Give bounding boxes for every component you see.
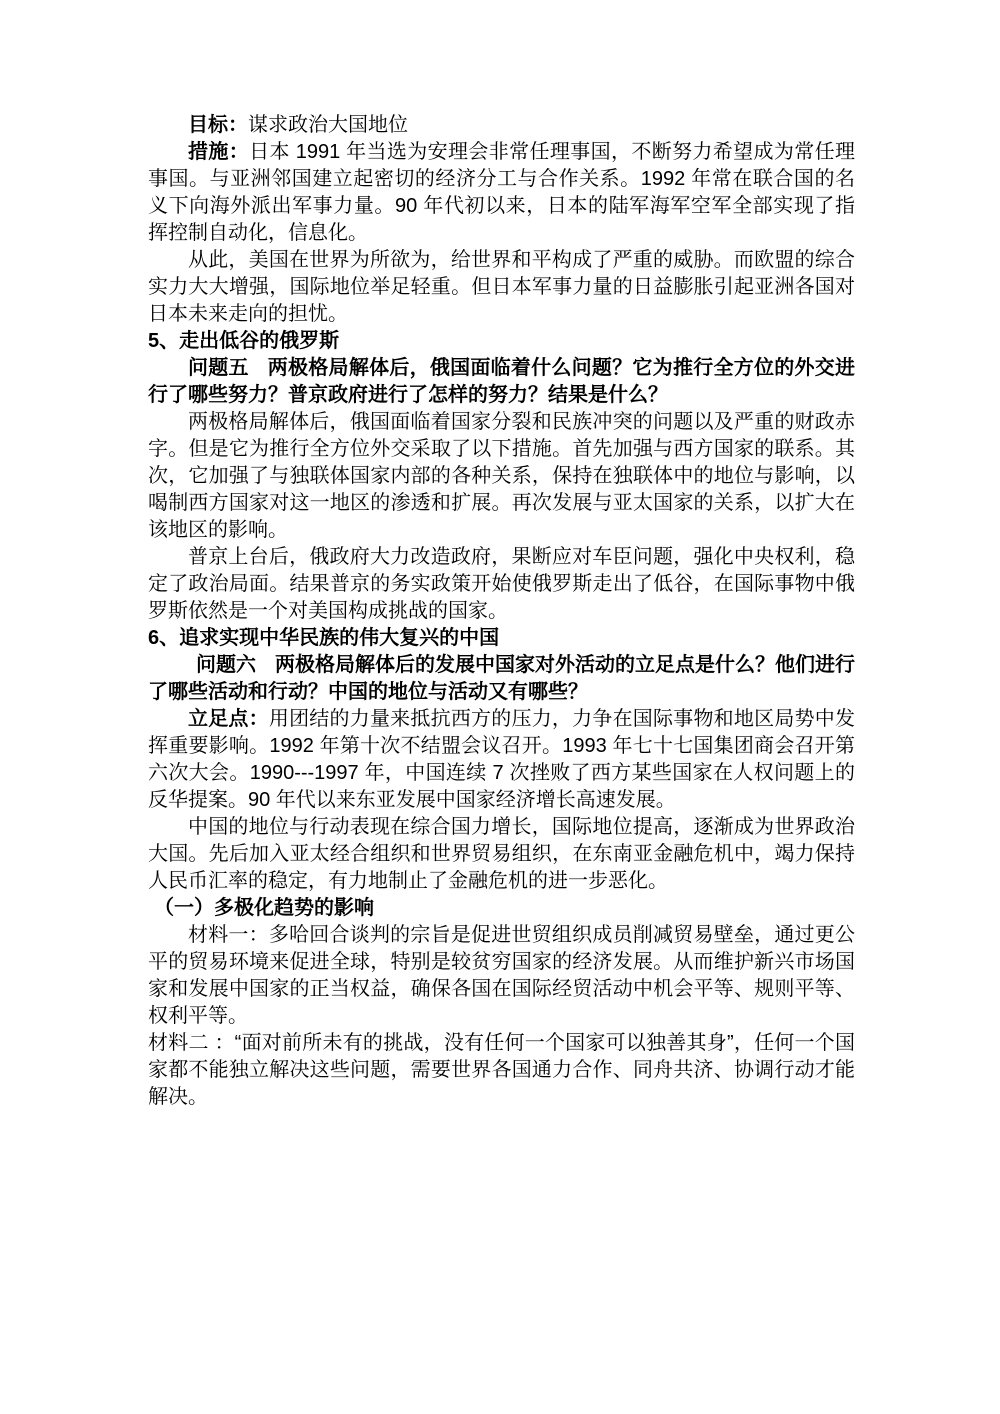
section-heading-6: 6、追求实现中华民族的伟大复兴的中国 (148, 625, 855, 652)
paragraph-us-eu-japan: 从此，美国在世界为所欲为，给世界和平构成了严重的威胁。而欧盟的综合实力大大增强，… (148, 247, 855, 328)
paragraph-label: 立足点： (188, 708, 269, 730)
question-label: 问题五 (188, 357, 249, 379)
paragraph-measures: 措施：日本 1991 年当选为安理会非常任理事国，不断努力希望成为常任理事国。与… (148, 139, 855, 247)
paragraph-text: 材料二 ：“面对前所未有的挑战，没有任何一个国家可以独善其身”，任何一个国家都不… (148, 1032, 855, 1108)
subsection-heading-influence: （一）多极化趋势的影响 (148, 895, 855, 922)
paragraph-text: 谋求政治大国地位 (248, 114, 408, 136)
heading-text: 6、追求实现中华民族的伟大复兴的中国 (148, 627, 499, 649)
paragraph-material-2: 材料二 ：“面对前所未有的挑战，没有任何一个国家可以独善其身”，任何一个国家都不… (148, 1030, 855, 1111)
section-heading-5: 5、走出低谷的俄罗斯 (148, 328, 855, 355)
paragraph-goal: 目标：谋求政治大国地位 (148, 112, 855, 139)
heading-text: 5、走出低谷的俄罗斯 (148, 330, 339, 352)
paragraph-putin: 普京上台后，俄政府大力改造政府，果断应对车臣问题，强化中央权利，稳定了政治局面。… (148, 544, 855, 625)
paragraph-text: 从此，美国在世界为所欲为，给世界和平构成了严重的威胁。而欧盟的综合实力大大增强，… (148, 249, 855, 325)
paragraph-question-6: 问题六两极格局解体后的发展中国家对外活动的立足点是什么？他们进行了哪些活动和行动… (148, 652, 855, 706)
paragraph-text: 普京上台后，俄政府大力改造政府，果断应对车臣问题，强化中央权利，稳定了政治局面。… (148, 546, 855, 622)
paragraph-text: 材料一：多哈回合谈判的宗旨是促进世贸组织成员削减贸易壁垒，通过更公平的贸易环境来… (148, 924, 855, 1027)
paragraph-standpoint: 立足点：用团结的力量来抵抗西方的压力，力争在国际事物和地区局势中发挥重要影响。1… (148, 706, 855, 814)
paragraph-text: 两极格局解体后，俄国面临着国家分裂和民族冲突的问题以及严重的财政赤字。但是它为推… (148, 411, 855, 541)
paragraph-material-1: 材料一：多哈回合谈判的宗旨是促进世贸组织成员削减贸易壁垒，通过更公平的贸易环境来… (148, 922, 855, 1030)
paragraph-label: 措施： (188, 141, 249, 163)
paragraph-russia-measures: 两极格局解体后，俄国面临着国家分裂和民族冲突的问题以及严重的财政赤字。但是它为推… (148, 409, 855, 544)
question-label: 问题六 (196, 654, 256, 676)
paragraph-text: 中国的地位与行动表现在综合国力增长，国际地位提高，逐渐成为世界政治大国。先后加入… (148, 816, 855, 892)
paragraph-text: 日本 1991 年当选为安理会非常任理事国，不断努力希望成为常任理事国。与亚洲邻… (148, 141, 855, 244)
question-text: 两极格局解体后，俄国面临着什么问题？它为推行全方位的外交进行了哪些努力？普京政府… (148, 357, 855, 406)
document-page: 目标：谋求政治大国地位 措施：日本 1991 年当选为安理会非常任理事国，不断努… (0, 0, 1000, 1414)
heading-text: （一）多极化趋势的影响 (154, 897, 374, 919)
paragraph-label: 目标： (188, 114, 248, 136)
paragraph-china-status: 中国的地位与行动表现在综合国力增长，国际地位提高，逐渐成为世界政治大国。先后加入… (148, 814, 855, 895)
paragraph-question-5: 问题五两极格局解体后，俄国面临着什么问题？它为推行全方位的外交进行了哪些努力？普… (148, 355, 855, 409)
